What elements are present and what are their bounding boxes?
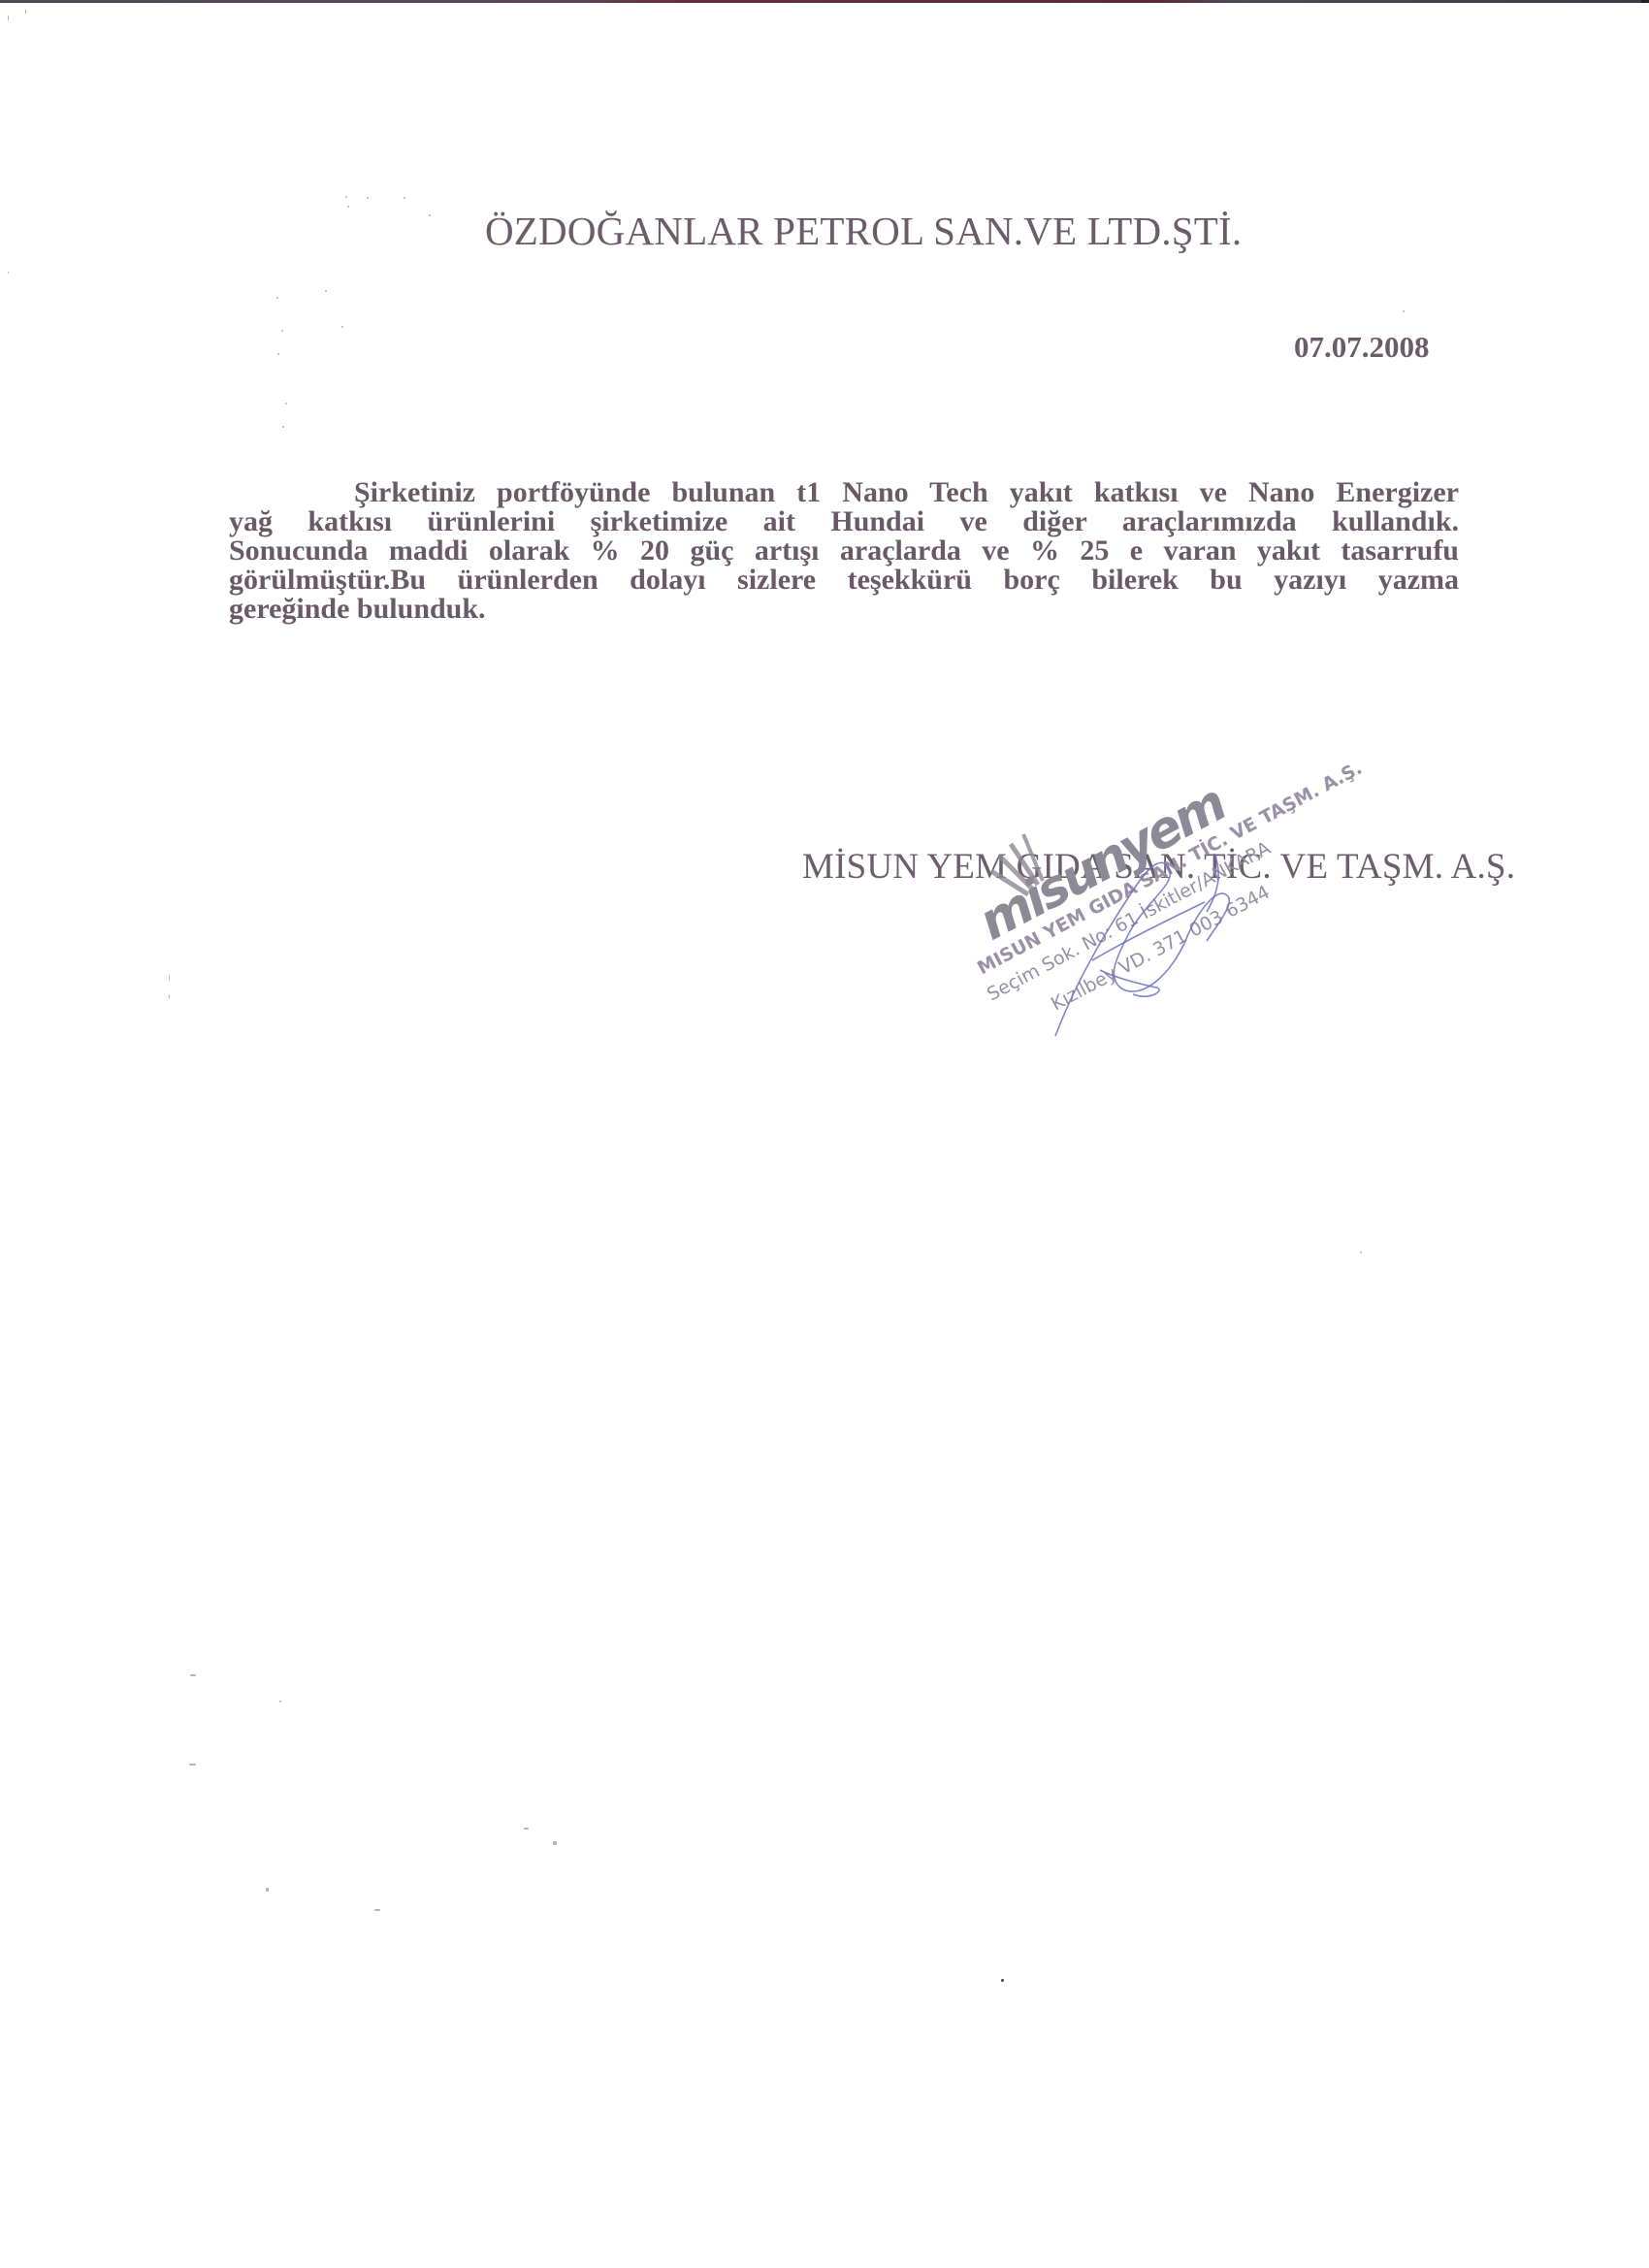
body-line: gereğinde bulunduk. — [229, 595, 1459, 624]
scan-top-edge — [0, 0, 1649, 3]
body-line: görülmüştür.Bu ürünlerden dolayı sizlere… — [229, 566, 1459, 595]
letter-date: 07.07.2008 — [1294, 330, 1430, 365]
recipient-company-heading: ÖZDOĞANLAR PETROL SAN.VE LTD.ŞTİ. — [485, 208, 1242, 254]
body-line: Sonucunda maddi olarak % 20 güç artışı a… — [229, 536, 1459, 566]
company-stamp: misunyem MISUN YEM GIDA SAN. TİC. VE TAŞ… — [931, 795, 1339, 1048]
letter-body: Şirketiniz portföyünde bulunan t1 Nano T… — [229, 478, 1459, 624]
body-line: yağ katkısı ürünlerini şirketimize ait H… — [229, 507, 1459, 536]
body-line: Şirketiniz portföyünde bulunan t1 Nano T… — [229, 478, 1459, 507]
scan-corner-mark — [1641, 0, 1649, 3]
signatory-company: MİSUN YEM GIDA SAN. TİC. VE TAŞM. A.Ş. — [802, 846, 1515, 888]
stamp-tax-line: Kızılbey VD. 371 003 6344 — [1048, 882, 1274, 1016]
